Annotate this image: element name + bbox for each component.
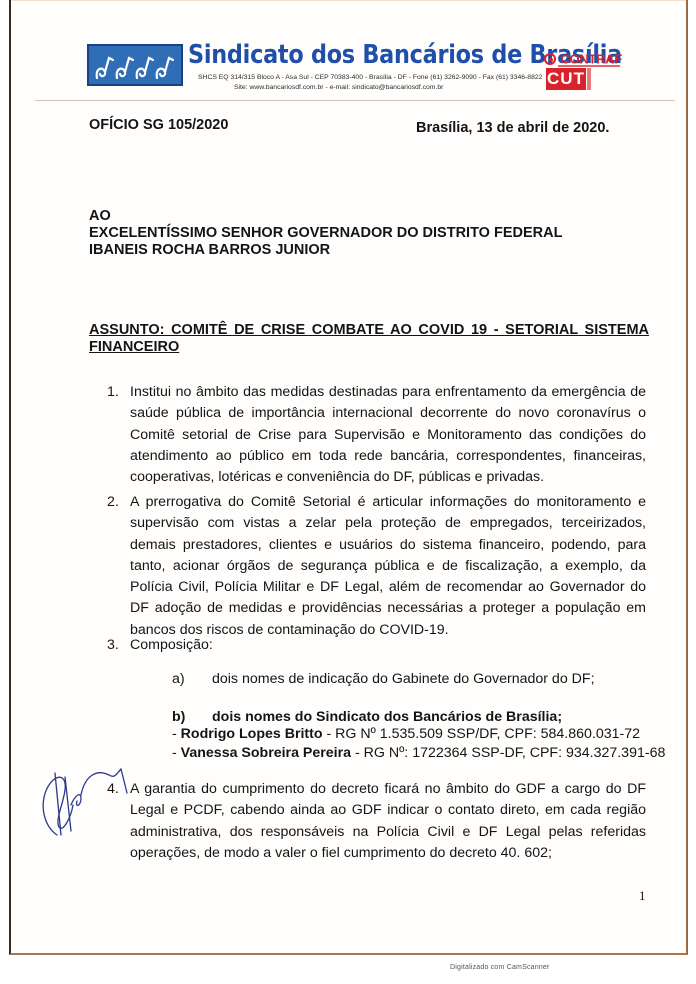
member-entry: - Rodrigo Lopes Britto - RG Nº 1.535.509… — [172, 726, 640, 742]
item-number: 2. — [107, 492, 119, 513]
union-logo-icon — [87, 44, 183, 86]
letterhead-divider — [35, 100, 675, 101]
item-number: 3. — [107, 635, 119, 656]
cut-logo-side — [587, 68, 591, 90]
list-item: 4. A garantia do cumprimento do decreto … — [130, 779, 646, 864]
addressee-line-3: IBANEIS ROCHA BARROS JUNIOR — [89, 242, 562, 259]
subitem-label: a) — [172, 671, 212, 687]
office-reference: OFÍCIO SG 105/2020 — [89, 117, 228, 133]
list-item: 1. Institui no âmbito das medidas destin… — [130, 382, 646, 488]
subitem-text: dois nomes do Sindicato dos Bancários de… — [212, 709, 562, 725]
cut-logo: CUT — [546, 68, 586, 90]
item-text: A prerrogativa do Comitê Setorial é arti… — [130, 494, 646, 638]
document-date: Brasília, 13 de abril de 2020. — [416, 120, 609, 136]
handwritten-signature-icon — [37, 765, 137, 845]
addressee-block: AO EXCELENTÍSSIMO SENHOR GOVERNADOR DO D… — [89, 208, 562, 259]
item-text: Composição: — [130, 637, 213, 653]
list-item: 2. A prerrogativa do Comitê Setorial é a… — [130, 492, 646, 641]
item-number: 1. — [107, 382, 119, 403]
document-page: Sindicato dos Bancários de Brasília SHCS… — [9, 0, 688, 955]
member-name: Rodrigo Lopes Britto — [181, 726, 323, 742]
member-name: Vanessa Sobreira Pereira — [181, 745, 351, 761]
item-text: Institui no âmbito das medidas destinada… — [130, 384, 646, 485]
contraf-mark-icon — [544, 53, 556, 65]
contraf-tagline — [558, 65, 620, 67]
subitem-text: dois nomes de indicação do Gabinete do G… — [212, 671, 595, 687]
letterhead: Sindicato dos Bancários de Brasília SHCS… — [87, 44, 647, 96]
contraf-logo: CONTRAF — [544, 50, 622, 66]
subitem-b: b)dois nomes do Sindicato dos Bancários … — [172, 709, 562, 725]
scanner-watermark: Digitalizado com CamScanner — [450, 964, 550, 971]
addressee-line-2: EXCELENTÍSSIMO SENHOR GOVERNADOR DO DIST… — [89, 225, 562, 242]
member-entry: - Vanessa Sobreira Pereira - RG Nº: 1722… — [172, 745, 665, 761]
item-text: A garantia do cumprimento do decreto fic… — [130, 781, 646, 861]
member-details: - RG Nº 1.535.509 SSP/DF, CPF: 584.860.0… — [323, 726, 640, 742]
subject-line: ASSUNTO: COMITÊ DE CRISE COMBATE AO COVI… — [89, 322, 649, 355]
org-site-email: Site: www.bancariosdf.com.br - e-mail: s… — [234, 84, 443, 91]
addressee-line-1: AO — [89, 208, 562, 225]
page-number: 1 — [639, 888, 646, 904]
subitem-label: b) — [172, 709, 212, 725]
list-item: 3. Composição: — [130, 635, 646, 656]
org-address: SHCS EQ 314/315 Bloco A - Asa Sul - CEP … — [198, 74, 542, 81]
member-details: - RG Nº: 1722364 SSP-DF, CPF: 934.327.39… — [351, 745, 665, 761]
subitem-a: a)dois nomes de indicação do Gabinete do… — [172, 671, 595, 687]
